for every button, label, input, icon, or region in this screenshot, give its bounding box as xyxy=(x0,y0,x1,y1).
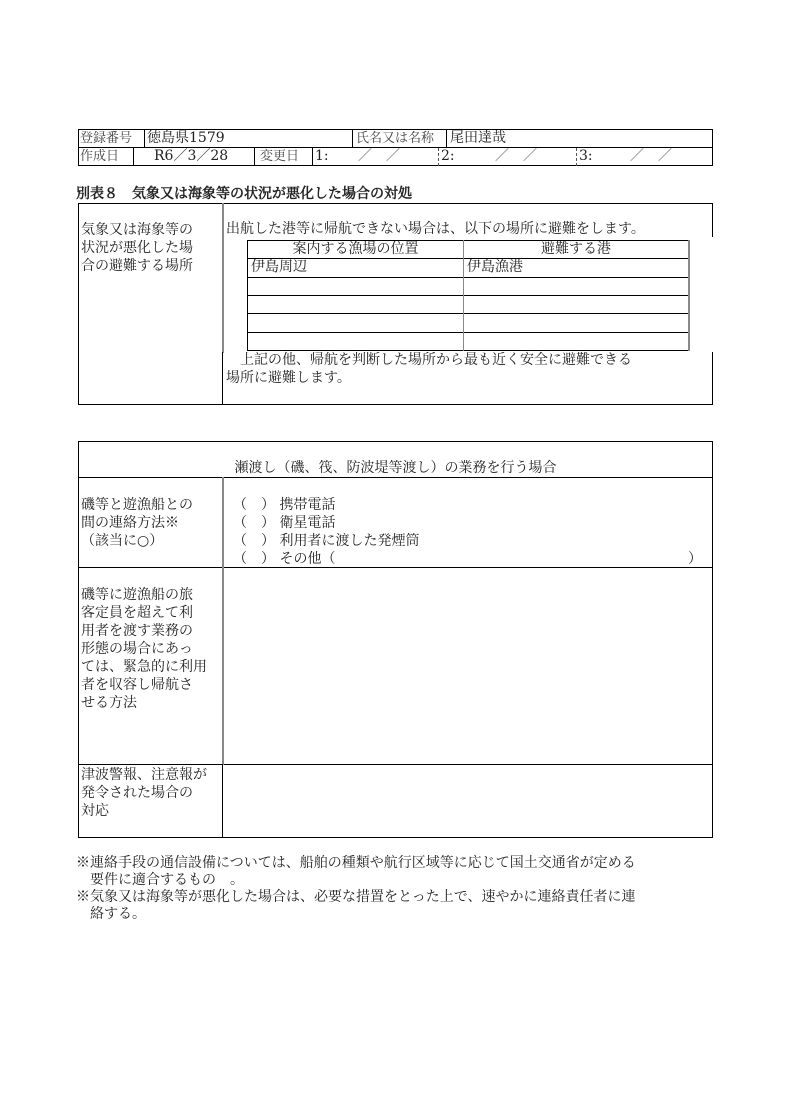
contact-option-satellite[interactable]: （ ） 衛星電話 xyxy=(233,514,419,532)
evacuation-intro: 出航した港等に帰航できない場合は、以下の場所に避難をします。 xyxy=(226,220,645,238)
other-close-paren: ） xyxy=(688,550,702,568)
registration-number-value: 徳島県1579 xyxy=(147,129,225,147)
table-cell-location: 伊島周辺 xyxy=(251,258,307,276)
column-header-fishing-ground: 案内する漁場の位置 xyxy=(248,240,463,258)
created-date-value: R6／3／28 xyxy=(154,147,228,165)
evacuation-label: 気象又は海象等の 状況が悪化した場 合の避難する場所 xyxy=(81,221,193,275)
change-slot-2-label: 2: xyxy=(441,147,455,165)
ferry-title: 瀬渡し（磯、筏、防波堤等渡し）の業務を行う場合 xyxy=(78,459,713,477)
overcapacity-label: 磯等に遊漁船の旅 客定員を超えて利 用者を渡す業務の 形態の場合にあっ ては、緊… xyxy=(81,586,207,712)
section-8-title: 別表８ 気象又は海象等の状況が悪化した場合の対処 xyxy=(76,183,412,203)
change-slot-1-value: ／ ／ xyxy=(358,147,400,165)
change-slot-2-value: ／ ／ xyxy=(495,147,537,165)
contact-option-other[interactable]: （ ） その他（ xyxy=(233,550,419,568)
name-label: 氏名又は名称 xyxy=(356,130,434,147)
change-slot-3-value: ／ ／ xyxy=(630,147,672,165)
changed-date-label: 変更日 xyxy=(260,148,299,165)
registration-number-label: 登録番号 xyxy=(80,130,132,147)
tsunami-value[interactable] xyxy=(226,767,710,835)
contact-option-flare[interactable]: （ ） 利用者に渡した発煙筒 xyxy=(233,532,419,550)
contact-options: （ ） 携帯電話 （ ） 衛星電話 （ ） 利用者に渡した発煙筒 （ ） その他… xyxy=(233,496,419,568)
overcapacity-value[interactable] xyxy=(226,570,710,760)
contact-option-mobile[interactable]: （ ） 携帯電話 xyxy=(233,496,419,514)
change-slot-3-label: 3: xyxy=(579,147,593,165)
table-cell-port: 伊島漁港 xyxy=(467,258,523,276)
change-slot-1-label: 1: xyxy=(315,147,329,165)
created-date-label: 作成日 xyxy=(80,148,119,165)
contact-method-label: 磯等と遊漁船との 間の連絡方法※ （該当に○） xyxy=(81,496,193,550)
tsunami-label: 津波警報、注意報が 発令された場合の 対応 xyxy=(81,766,207,820)
footnotes: ※連絡手段の通信設備については、船舶の種類や航行区域等に応じて国土交通省が定める… xyxy=(76,855,636,923)
footnote-1: ※連絡手段の通信設備については、船舶の種類や航行区域等に応じて国土交通省が定める… xyxy=(76,855,636,889)
evacuation-note: 上記の他、帰航を判断した場所から最も近く安全に避難できる 場所に避難します。 xyxy=(226,351,632,387)
name-value: 尾田達哉 xyxy=(450,129,506,147)
column-header-refuge-port: 避難する港 xyxy=(464,240,688,258)
footnote-2: ※気象又は海象等が悪化した場合は、必要な措置をとった上で、速やかに連絡責任者に連… xyxy=(76,889,636,923)
